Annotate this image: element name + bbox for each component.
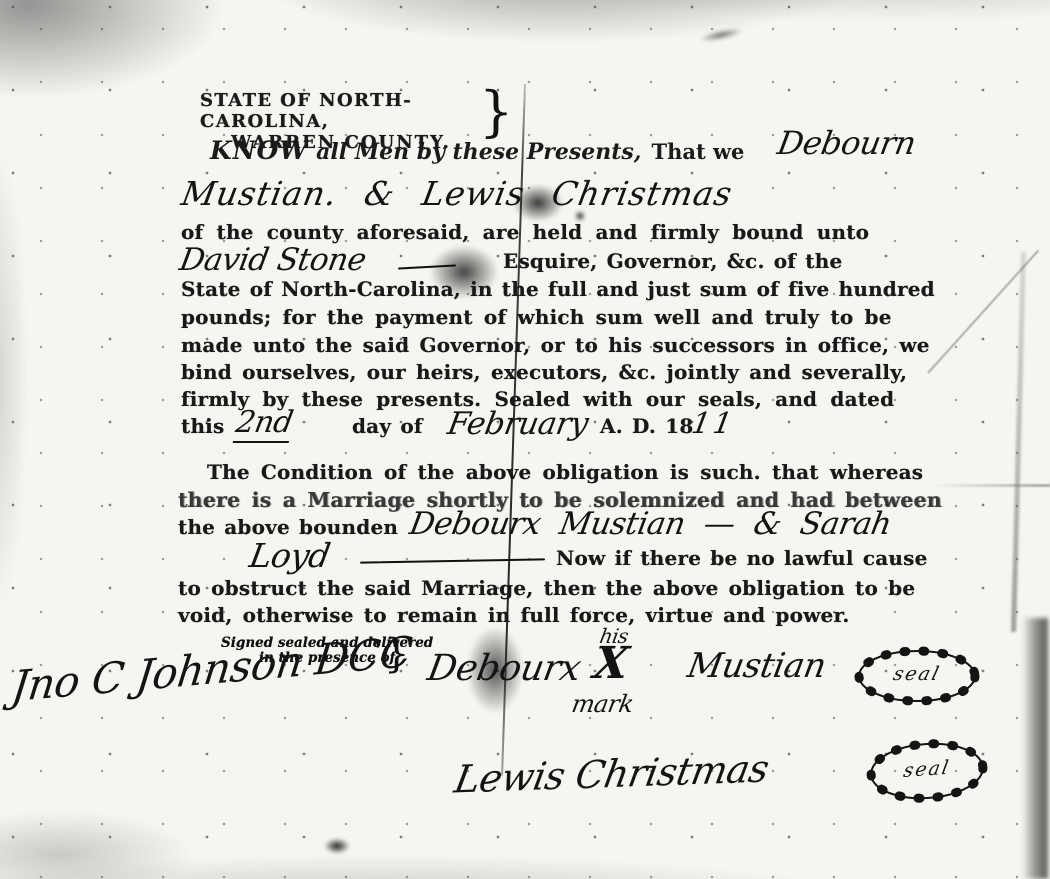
condition-line-5: to obstruct the said Marriage, then the … xyxy=(178,576,915,600)
handwritten-principal-name-2: Mustian. & Lewis Christmas xyxy=(179,174,736,213)
scanned-marriage-bond-document: STATE OF NORTH-CAROLINA, WARREN COUNTY. … xyxy=(0,0,1050,879)
opening-line: KNOW all Men by these Presents,That we xyxy=(210,136,744,165)
signature-principal1-first: Debourx xyxy=(424,648,583,689)
right-vertical-crease xyxy=(1011,252,1026,632)
his-mark-x: X xyxy=(590,638,631,689)
witness-signature: Jno C Johnson DCC xyxy=(9,627,415,712)
handwritten-bride-surname: Loyd xyxy=(247,536,333,575)
handwritten-governor-name: David Stone xyxy=(177,242,369,278)
condition-line-4: Now if there be no lawful cause xyxy=(556,546,928,570)
right-horizontal-crease xyxy=(932,484,1050,487)
handwritten-date-day: 2nd xyxy=(233,405,296,443)
condition-line-1: The Condition of the above obligation is… xyxy=(207,460,923,484)
right-edge-shadow xyxy=(1022,618,1048,879)
header-state-line: STATE OF NORTH-CAROLINA, xyxy=(200,90,482,132)
body-line-state: State of North-Carolina, in the full and… xyxy=(181,277,935,301)
handwritten-date-year: 11 xyxy=(689,406,738,440)
signature-principal1-last: Mustian xyxy=(684,646,828,686)
header-brace: } xyxy=(479,80,513,143)
his-mark-word: mark xyxy=(570,690,636,718)
seal-word: seal xyxy=(849,663,984,685)
date-this: this xyxy=(181,414,224,438)
signature-principal2: Lewis Christmas xyxy=(451,746,772,801)
ink-blot xyxy=(699,26,742,45)
body-line-pounds: pounds; for the payment of which sum wel… xyxy=(181,305,892,329)
condition-line-6: void, otherwise to remain in full force,… xyxy=(178,603,850,627)
hand-drawn-seal: seal xyxy=(862,732,993,811)
opening-presents: all Men by these Presents, xyxy=(308,139,641,165)
opening-know: KNOW xyxy=(210,136,308,165)
ink-blot xyxy=(324,838,350,854)
body-line-esquire: Esquire, Governor, &c. of the xyxy=(503,249,842,273)
handwritten-groom-bride: Debourx Mustian — & Sarah xyxy=(407,506,894,542)
handwritten-principal-name-1: Debourn xyxy=(775,124,919,162)
opening-that-we: That we xyxy=(651,139,744,164)
body-line-made: made unto the said Governor, or to his s… xyxy=(181,333,930,357)
body-line-bound: of the county aforesaid, are held and fi… xyxy=(181,220,869,244)
hand-drawn-seal: seal xyxy=(852,644,982,708)
date-ad: A. D. 18 xyxy=(600,414,693,438)
handwritten-dash xyxy=(360,558,545,563)
date-day-of: day of xyxy=(352,414,423,438)
body-line-bind: bind ourselves, our heirs, executors, &c… xyxy=(181,360,907,384)
handwritten-date-month: February xyxy=(445,406,591,442)
